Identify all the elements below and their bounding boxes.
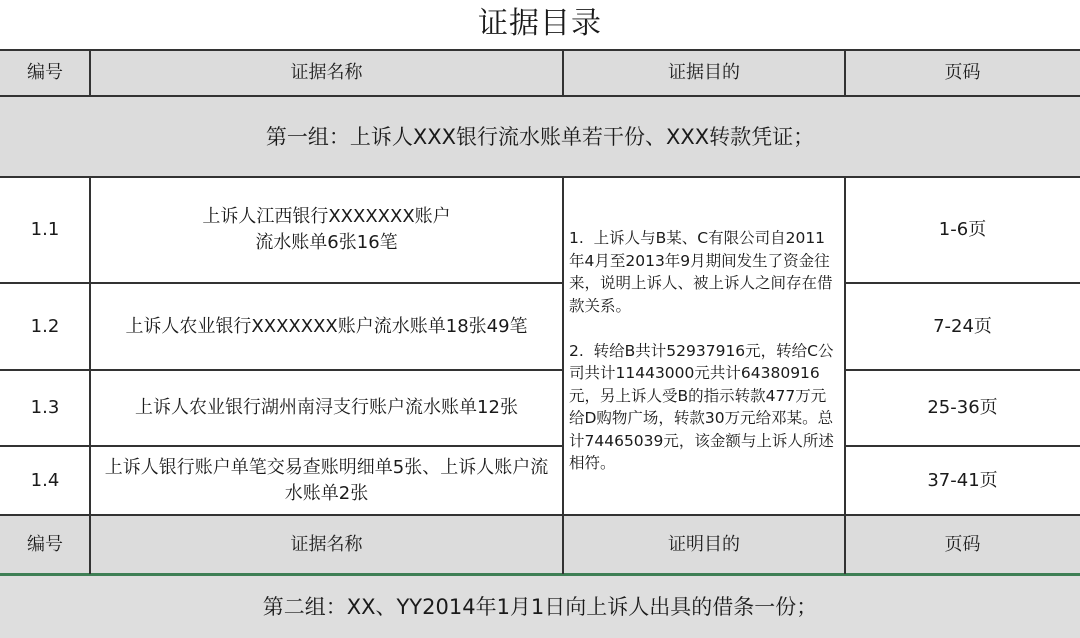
divider (0, 282, 563, 284)
row-pages: 7-24页 (845, 283, 1080, 370)
group-2-label: 第二组：XX、YY2014年1月1日向上诉人出具的借条一份； (0, 576, 1080, 638)
row-num: 1.4 (0, 446, 90, 515)
divider (845, 282, 1080, 284)
divider (89, 177, 91, 574)
group-1-purpose: 1. 上诉人与B某、C有限公司自2011年4月至2013年9月期间发生了资金往来… (563, 177, 845, 515)
divider (562, 177, 564, 574)
divider (845, 369, 1080, 371)
divider (844, 50, 846, 96)
row-pages: 37-41页 (845, 446, 1080, 515)
header-name: 证据名称 (90, 50, 563, 96)
header-purpose: 证明目的 (563, 515, 845, 574)
page-title: 证据目录 (0, 0, 1080, 50)
header-num: 编号 (0, 515, 90, 574)
divider (0, 445, 563, 447)
divider (89, 50, 91, 96)
divider (0, 369, 563, 371)
header-purpose: 证据目的 (563, 50, 845, 96)
divider (562, 50, 564, 96)
row-num: 1.3 (0, 370, 90, 446)
row-name: 上诉人农业银行湖州南浔支行账户流水账单12张 (90, 370, 563, 446)
header-name: 证据名称 (90, 515, 563, 574)
divider (0, 49, 1080, 51)
group-1-label: 第一组：上诉人XXX银行流水账单若干份、XXX转款凭证； (0, 96, 1080, 177)
green-divider (0, 573, 1080, 576)
row-num: 1.2 (0, 283, 90, 370)
row-name: 上诉人江西银行XXXXXXX账户 流水账单6张16笔 (90, 177, 563, 283)
row-name: 上诉人农业银行XXXXXXX账户流水账单18张49笔 (90, 283, 563, 370)
row-pages: 1-6页 (845, 177, 1080, 283)
row-pages: 25-36页 (845, 370, 1080, 446)
row-num: 1.1 (0, 177, 90, 283)
divider (845, 445, 1080, 447)
header-pages: 页码 (845, 515, 1080, 574)
divider (844, 177, 846, 574)
row-name: 上诉人银行账户单笔交易查账明细单5张、上诉人账户流水账单2张 (90, 446, 563, 515)
divider (0, 514, 1080, 516)
divider (0, 95, 1080, 97)
header-pages: 页码 (845, 50, 1080, 96)
divider (0, 176, 1080, 178)
header-num: 编号 (0, 50, 90, 96)
